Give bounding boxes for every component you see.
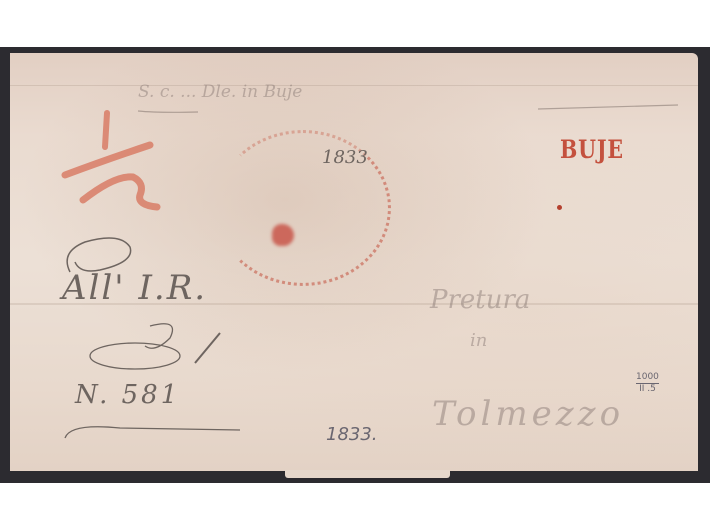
- reference-bottom: II .5: [639, 384, 656, 394]
- pencil-year-note: 1833.: [326, 424, 378, 445]
- address-line-office: Pretura: [430, 285, 530, 315]
- address-line-addressee: All' I.R.: [62, 268, 207, 308]
- red-crayon-rate-mark: [55, 105, 175, 215]
- buje-postmark: BUJE: [560, 135, 624, 164]
- stamp-year-text: 1833: [322, 147, 368, 168]
- pencil-reference-note: 1000 II .5: [636, 372, 659, 395]
- address-line-destination: Tolmezzo: [432, 394, 624, 434]
- top-manuscript-annotation: S. c. ... Dle. in Buje: [138, 82, 302, 102]
- torn-bottom-edge: [285, 470, 450, 478]
- red-ink-dot: [557, 205, 562, 210]
- underline-flourish: [138, 103, 678, 115]
- reference-number: N. 581: [75, 380, 180, 410]
- address-line-in: in: [470, 330, 487, 351]
- reference-top: 1000: [636, 372, 659, 384]
- red-ink-blot: [272, 224, 294, 246]
